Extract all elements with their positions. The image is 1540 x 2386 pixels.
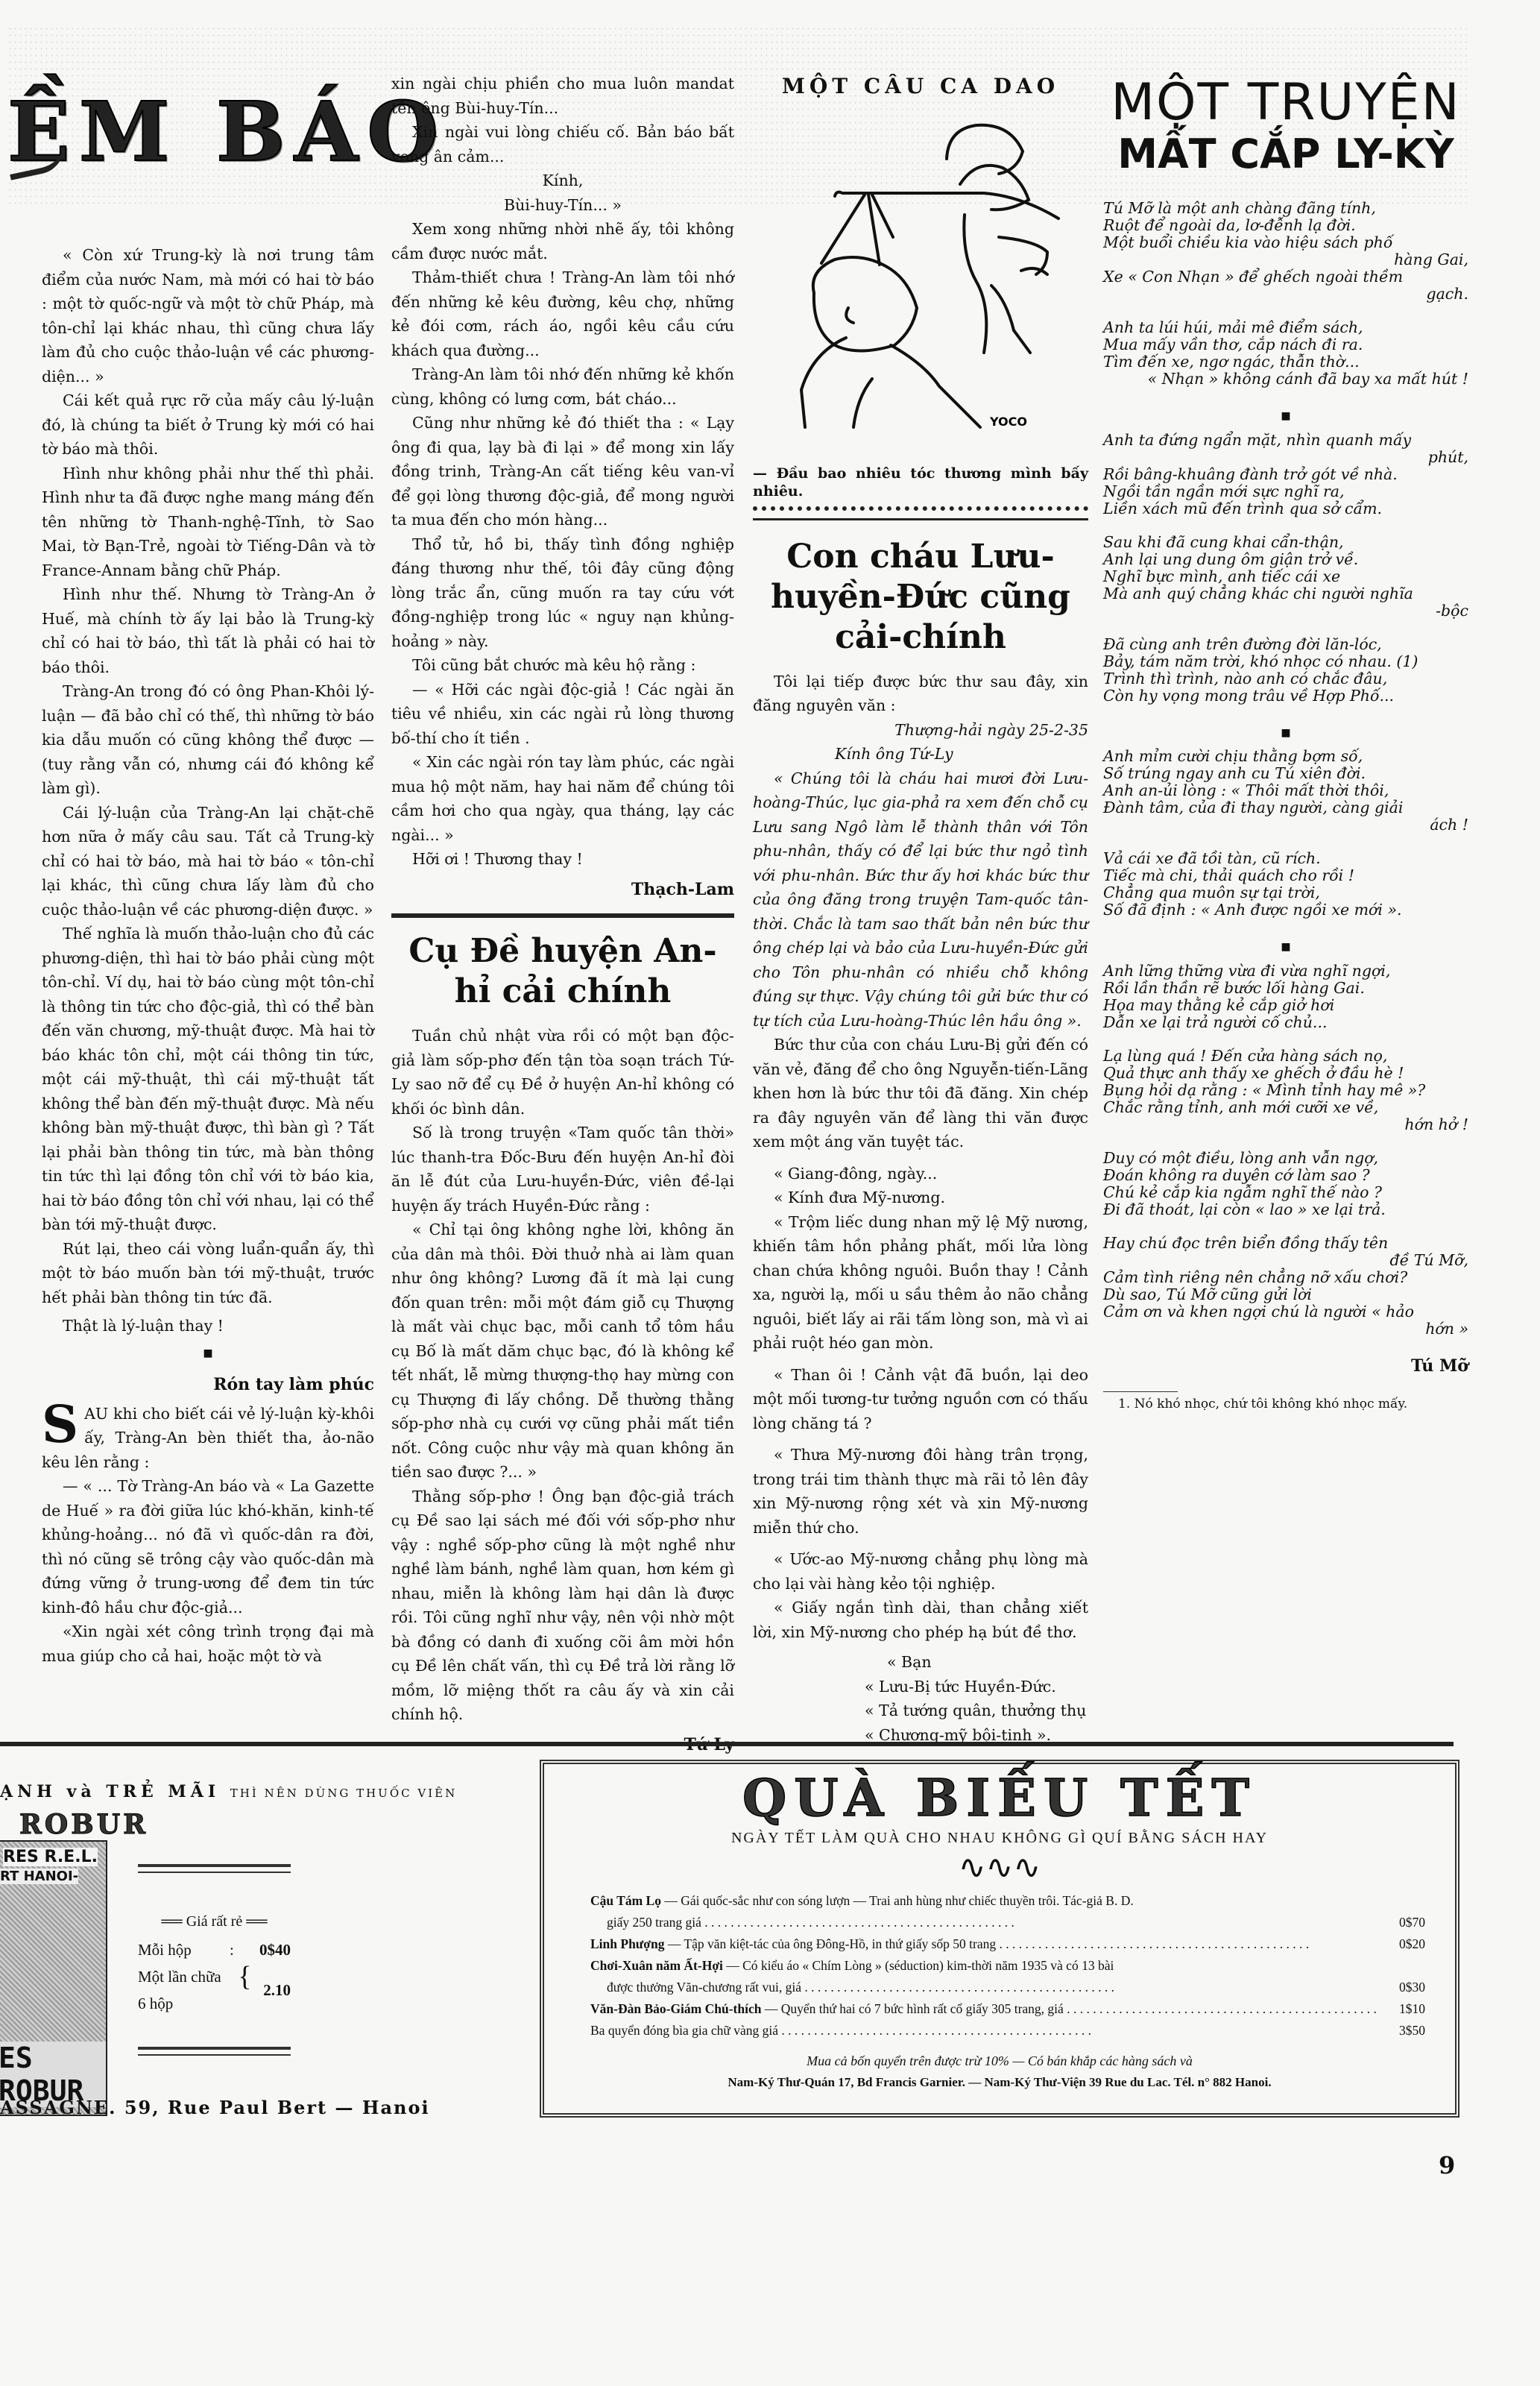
price-box: ══ Giá rất rẻ ══ Mỗi hộp:0$40 Một lần ch…: [138, 1861, 291, 2059]
poem-line: Đi đã thoát, lại còn « lao » xe lại trả.: [1103, 1201, 1468, 1218]
poem-line: hớn »: [1103, 1321, 1468, 1338]
poem-stanza: Anh lững thững vừa đi vừa nghĩ ngợi,Rồi …: [1103, 963, 1468, 1031]
poem-line: Sau khi đã cung khai cẩn-thận,: [1103, 534, 1468, 551]
paragraph: « Chỉ tại ông không nghe lời, không ăn c…: [391, 1218, 734, 1485]
paragraph-dropcap: SAU khi cho biết cái vẻ lý-luận kỳ-khôi …: [42, 1402, 374, 1475]
ad-address: Nam-Ký Thư-Quán 17, Bd Francis Garnier. …: [544, 2075, 1455, 2090]
book-price: 0$30: [1380, 1977, 1425, 1998]
poem-line: Nghĩ bực mình, anh tiếc cái xe: [1103, 568, 1468, 585]
book-price: 3$50: [1380, 2020, 1425, 2042]
svg-text:YOCO: YOCO: [989, 415, 1027, 429]
letter-signature: Bùi-huy-Tín... »: [391, 193, 734, 218]
book-price: 0$70: [1380, 1912, 1425, 1933]
poem-line: -bộc: [1103, 602, 1468, 620]
cartoon-drawing-icon: YOCO: [753, 107, 1081, 457]
column-1-press-review: « Còn xứ Trung-kỳ là nơi trung tâm điểm …: [42, 243, 374, 1668]
letter-date: Thượng-hải ngày 25-2-35: [753, 718, 1088, 743]
poem-line: Xe « Con Nhạn » để ghếch ngoài thềm: [1103, 268, 1468, 286]
square-ornament-icon: ■: [1103, 935, 1468, 960]
book-price: [1380, 1955, 1425, 1977]
poem-line: Còn hy vọng mong trâu về Hợp Phố...: [1103, 687, 1468, 705]
paragraph: « Trộm liếc dung nhan mỹ lệ Mỹ nương, kh…: [753, 1210, 1088, 1356]
footnote-rule: [1103, 1391, 1178, 1392]
paragraph: Hình như không phải như thế thì phải. Hì…: [42, 462, 374, 583]
poem-line: Mà anh quý chẳng khác chi người nghĩa: [1103, 585, 1468, 602]
letter-closing: Kính,: [391, 169, 734, 193]
poem-line: Dù sao, Tú Mỡ cũng gửi lời: [1103, 1286, 1468, 1303]
poem-line: Đã cùng anh trên đường đời lăn-lóc,: [1103, 636, 1468, 653]
paragraph: « Xin các ngài rón tay làm phúc, các ngà…: [391, 750, 734, 847]
book-price: 0$20: [1380, 1933, 1425, 1955]
paragraph: Rút lại, theo cái vòng luẩn-quẩn ấy, thì…: [42, 1237, 374, 1310]
poem-line: Đoán không ra duyên cớ làm sao ?: [1103, 1167, 1468, 1184]
ad-note: Mua cả bốn quyển trên được trừ 10% — Có …: [544, 2053, 1455, 2069]
paragraph: — « Hỡi các ngài độc-giả ! Các ngài ăn t…: [391, 678, 734, 751]
poem-stanza: Anh ta đứng ngẩn mặt, nhìn quanh mấyphút…: [1103, 432, 1468, 517]
poem-line: Anh mỉm cười chịu thằng bợm số,: [1103, 748, 1468, 765]
poem-line: Mua mấy vần thơ, cắp nách đi ra.: [1103, 336, 1468, 353]
poem-stanza: Vả cái xe đã tồi tàn, cũ rích.Tiếc mà ch…: [1103, 850, 1468, 919]
price-heading: ══ Giá rất rẻ ══: [138, 1913, 291, 1930]
price-row: Một lần chữa{2.10: [138, 1963, 291, 1990]
cartoon-illustration: YOCO: [753, 107, 1081, 457]
ad-title: QUÀ BIẾU TẾT: [544, 1769, 1455, 1828]
paragraph: Xem xong những nhời nhẽ ấy, tôi không cầ…: [391, 217, 734, 265]
poem-line: Chẳng qua muôn sự tại trời,: [1103, 884, 1468, 901]
poem-line: Cảm ơn và khen ngợi chú là người « hảo: [1103, 1303, 1468, 1321]
article-title: Cụ Đề huyện An-hỉ cải chính: [391, 931, 734, 1012]
newspaper-page: ỀM BÁO « Còn xứ Trung-kỳ là nơi trung tâ…: [0, 0, 1540, 2386]
poem-line: Số đã định : « Anh được ngồi xe mới ».: [1103, 901, 1468, 919]
article-title: Con cháu Lưu-huyền-Đức cũng cải-chính: [753, 537, 1088, 658]
paragraph: « Than ôi ! Cảnh vật đã buồn, lại deo mộ…: [753, 1363, 1088, 1436]
paragraph: xin ngài chịu phiền cho mua luôn mandat …: [391, 72, 734, 120]
paragraph: Thảm-thiết chưa ! Tràng-An làm tôi nhớ đ…: [391, 265, 734, 362]
double-rule: [138, 1864, 291, 1873]
paragraph: « Kính đưa Mỹ-nương.: [753, 1186, 1088, 1210]
column-2: xin ngài chịu phiền cho mua luôn mandat …: [391, 72, 734, 1757]
ad-brand: ROBUR: [19, 1809, 148, 1840]
poem-line: Anh ta đứng ngẩn mặt, nhìn quanh mấy: [1103, 432, 1468, 449]
poem-stanza: Đã cùng anh trên đường đời lăn-lóc,Bảy, …: [1103, 636, 1468, 705]
book-item: Văn-Đàn Bảo-Giám Chú-thích — Quyển thứ h…: [590, 1998, 1425, 2020]
section-title: Rón tay làm phúc: [42, 1373, 374, 1397]
letter-salutation: Kính ông Tứ-Ly: [753, 742, 1088, 767]
poem-line: Duy có một điều, lòng anh vẫn ngợ,: [1103, 1150, 1468, 1167]
poem-line: Họa may thằng kẻ cắp giở hơi: [1103, 997, 1468, 1014]
poem-line: gạch.: [1103, 286, 1468, 303]
poem-line: Hay chú đọc trên biển đồng thấy tên: [1103, 1235, 1468, 1252]
poem-line: Lạ lùng quá ! Đến cửa hàng sách nọ,: [1103, 1048, 1468, 1065]
poem-line: Số trúng ngay anh cu Tú xiên đời.: [1103, 765, 1468, 782]
poem-line: Tiếc mà chi, thải quách cho rồi !: [1103, 867, 1468, 884]
poem-line: Tìm đến xe, ngơ ngác, thẫn thờ...: [1103, 353, 1468, 371]
poem-line: đề Tú Mỡ,: [1103, 1252, 1468, 1269]
paragraph: Cái kết quả rực rỡ của mấy câu lý-luận đ…: [42, 388, 374, 462]
ad-subtitle: NGÀY TẾT LÀM QUÀ CHO NHAU KHÔNG GÌ QUÍ B…: [544, 1830, 1455, 1847]
poem-stanza: Anh mỉm cười chịu thằng bợm số,Số trúng …: [1103, 748, 1468, 834]
poem-line: Một buổi chiều kia vào hiệu sách phố: [1103, 234, 1468, 251]
page-number: 9: [1439, 2151, 1455, 2179]
illus-label: RT HANOI-: [0, 1869, 78, 1884]
paragraph: Cũng như những kẻ đó thiết tha : « Lạy ô…: [391, 411, 734, 532]
square-ornament-icon: ■: [1103, 721, 1468, 746]
poem-line: Anh lại ung dung ôm giận trở về.: [1103, 551, 1468, 568]
poem-line: hàng Gai,: [1103, 251, 1468, 268]
poem-line: Anh ta lúi húi, mải mê điểm sách,: [1103, 319, 1468, 336]
book-list: Cậu Tám Lọ — Gái quốc-sắc như con sóng l…: [590, 1890, 1425, 2042]
poem-line: Bảy, tám năm trời, khó nhọc có nhau. (1): [1103, 653, 1468, 670]
poem-stanza: Hay chú đọc trên biển đồng thấy tênđề Tú…: [1103, 1235, 1468, 1338]
book-item: được thưởng Văn-chương rất vui, giá0$30: [590, 1977, 1425, 1998]
dropcap: S: [42, 1403, 78, 1447]
paragraph: Tuần chủ nhật vừa rồi có một bạn độc-giả…: [391, 1024, 734, 1121]
paragraph: Thằng sốp-phơ ! Ông bạn độc-giả trách cụ…: [391, 1485, 734, 1727]
paragraph: « Ước-ao Mỹ-nương chẳng phụ lòng mà cho …: [753, 1547, 1088, 1596]
book-item: giấy 250 trang giá0$70: [590, 1912, 1425, 1933]
paragraph: Thế nghĩa là muốn thảo-luận cho đủ các p…: [42, 922, 374, 1237]
cartoon-caption: — Đầu bao nhiêu tóc thương mình bấy nhiê…: [753, 465, 1088, 500]
poem-line: Trình thì trình, nào anh có chắc đâu,: [1103, 670, 1468, 687]
paragraph: Hình như thế. Nhưng tờ Tràng-An ở Huế, m…: [42, 582, 374, 679]
paragraph: «Xin ngài xét công trình trọng đại mà mu…: [42, 1619, 374, 1668]
poem-line: Anh an-ủi lòng : « Thôi mất thời thôi,: [1103, 782, 1468, 799]
poem-line: Liền xách mũ đến trình qua sở cẩm.: [1103, 500, 1468, 517]
letter-body: « Chúng tôi là cháu hai mươi đời Lưu-hoà…: [753, 767, 1088, 1033]
poem-line: Tú Mỡ là một anh chàng đãng tính,: [1103, 200, 1468, 217]
poem-stanza: Sau khi đã cung khai cẩn-thận,Anh lại un…: [1103, 534, 1468, 620]
poem-line: Ruột để ngoài da, lơ-đễnh lạ đời.: [1103, 217, 1468, 234]
book-price: 1$10: [1380, 1998, 1425, 2020]
illus-label: RES R.E.L.: [3, 1848, 98, 1866]
poem-title-line-2: MẤT CẮP LY-KỲ: [1103, 131, 1468, 177]
poem-line: Vả cái xe đã tồi tàn, cũ rích.: [1103, 850, 1468, 867]
book-item: Chơi-Xuân năm Ất-Hợi — Có kiểu áo « Chím…: [590, 1955, 1425, 1977]
column-3: MỘT CÂU CA DAO YOCO: [753, 75, 1088, 1747]
paragraph: Xin ngài vui lòng chiếu cố. Bản báo bất …: [391, 120, 734, 169]
book-item: Ba quyển đóng bìa gia chữ vàng giá3$50: [590, 2020, 1425, 2042]
book-item: Linh Phượng — Tập văn kiệt-tác của ông Đ…: [590, 1933, 1425, 1955]
poem-line: « Nhạn » không cánh đã bay xa mất hút !: [1103, 371, 1468, 388]
author-signature: Thạch-Lam: [391, 878, 734, 902]
book-item: Cậu Tám Lọ — Gái quốc-sắc như con sóng l…: [590, 1890, 1425, 1912]
section-masthead: ỀM BÁO: [7, 84, 447, 180]
paragraph: Số là trong truyện «Tam quốc tân thời» l…: [391, 1121, 734, 1218]
paragraph: Cái lý-luận của Tràng-An lại chặt-chẽ hơ…: [42, 801, 374, 922]
paragraph: « Còn xứ Trung-kỳ là nơi trung tâm điểm …: [42, 243, 374, 388]
paragraph: Thật là lý-luận thay !: [42, 1314, 374, 1338]
poem-line: Đành tâm, của đi thay người, càng giải: [1103, 799, 1468, 816]
paragraph: Tôi lại tiếp được bức thư sau đây, xin đ…: [753, 670, 1088, 718]
paragraph: Tôi cũng bắt chước mà kêu hộ rằng :: [391, 653, 734, 678]
paragraph: Tràng-An trong đó có ông Phan-Khôi lý-lu…: [42, 679, 374, 801]
poem-line: Anh lững thững vừa đi vừa nghĩ ngợi,: [1103, 963, 1468, 980]
poem-line: Chắc rằng tỉnh, anh mới cưỡi xe về,: [1103, 1099, 1468, 1116]
poem-title-line-1: MỘT TRUYỆN: [1103, 75, 1468, 131]
paragraph: — « ... Tờ Tràng-An báo và « La Gazette …: [42, 1474, 374, 1619]
ad-headline: ẠNH và TRẺ MÃI THÌ NÊN DÙNG THUỐC VIÊN: [0, 1782, 457, 1801]
divider: [391, 913, 734, 918]
paragraph: « Giấy ngắn tình dài, than chẳng xiết lờ…: [753, 1596, 1088, 1644]
poem-line: Cảm tình riêng nên chẳng nỡ xấu chơi?: [1103, 1269, 1468, 1286]
robur-advertisement: ẠNH và TRẺ MÃI THÌ NÊN DÙNG THUỐC VIÊN R…: [0, 1752, 529, 2125]
poem-stanza: Tú Mỡ là một anh chàng đãng tính,Ruột để…: [1103, 200, 1468, 303]
paragraph: Tràng-An làm tôi nhớ đến những kẻ khốn c…: [391, 362, 734, 411]
poem-line: Rồi bâng-khuâng đành trở gót về nhà.: [1103, 466, 1468, 483]
paragraph: « Giang-đông, ngày...: [753, 1162, 1088, 1186]
price-row: Mỗi hộp:0$40: [138, 1936, 291, 1963]
book-price: [1380, 1890, 1425, 1912]
gift-books-advertisement: QUÀ BIẾU TẾT NGÀY TẾT LÀM QUÀ CHO NHAU K…: [540, 1760, 1459, 2118]
poem-line: ách !: [1103, 816, 1468, 834]
letter-closing: « Lưu-Bị tức Huyền-Đức.: [753, 1675, 1088, 1699]
square-ornament-icon: ■: [1103, 404, 1468, 429]
wave-ornament-icon: ∿∿∿: [544, 1853, 1455, 1883]
square-ornament-icon: ■: [42, 1341, 374, 1366]
poem-stanza: Lạ lùng quá ! Đến cửa hàng sách nọ,Quả t…: [1103, 1048, 1468, 1133]
double-rule: [138, 2047, 291, 2056]
paragraph: Thổ tử, hồ bi, thấy tình đồng nghiệp đán…: [391, 532, 734, 654]
poem-line: phút,: [1103, 449, 1468, 466]
ads-divider: [0, 1742, 1454, 1746]
poem-line: Chú kẻ cắp kia ngẫm nghĩ thế nào ?: [1103, 1184, 1468, 1201]
poem-stanza: Anh ta lúi húi, mải mê điểm sách,Mua mấy…: [1103, 319, 1468, 388]
ad-address: ASSAGNE. 59, Rue Paul Bert — Hanoi: [0, 2097, 430, 2118]
author-signature: Tú Mỡ: [1103, 1354, 1468, 1379]
poem-stanzas: Tú Mỡ là một anh chàng đãng tính,Ruột để…: [1103, 200, 1468, 1338]
poem-line: Bụng hỏi dạ rằng : « Mình tỉnh hay mê »?: [1103, 1082, 1468, 1099]
letter-closing: « Tả tướng quân, thưởng thụ: [753, 1699, 1088, 1723]
poem-line: Ngồi tần ngần mới sực nghĩ ra,: [1103, 483, 1468, 500]
poem-stanza: Duy có một điều, lòng anh vẫn ngợ,Đoán k…: [1103, 1150, 1468, 1218]
dotted-divider: [753, 506, 1088, 520]
column-4-poem: MỘT TRUYỆN MẤT CẮP LY-KỲ Tú Mỡ là một an…: [1103, 75, 1468, 1412]
poem-line: Quả thực anh thấy xe ghếch ở đầu hè !: [1103, 1065, 1468, 1082]
paragraph: Hỡi ơi ! Thương thay !: [391, 847, 734, 872]
footnote: 1. Nó khó nhọc, chứ tôi không khó nhọc m…: [1103, 1397, 1468, 1412]
letter-closing: « Bạn: [753, 1650, 1088, 1675]
paragraph: Bức thư của con cháu Lưu-Bị gửi đến có v…: [753, 1033, 1088, 1154]
lion-illustration: RES R.E.L. RT HANOI- ES ROBUR: [0, 1840, 107, 2116]
paragraph: « Thưa Mỹ-nương đôi hàng trân trọng, tro…: [753, 1443, 1088, 1540]
poem-line: hớn hở !: [1103, 1116, 1468, 1133]
poem-line: Rồi lần thần rẽ bước lối hàng Gai.: [1103, 980, 1468, 997]
poem-line: Dẫn xe lại trả người cố chủ...: [1103, 1014, 1468, 1031]
cartoon-title: MỘT CÂU CA DAO: [753, 75, 1088, 99]
